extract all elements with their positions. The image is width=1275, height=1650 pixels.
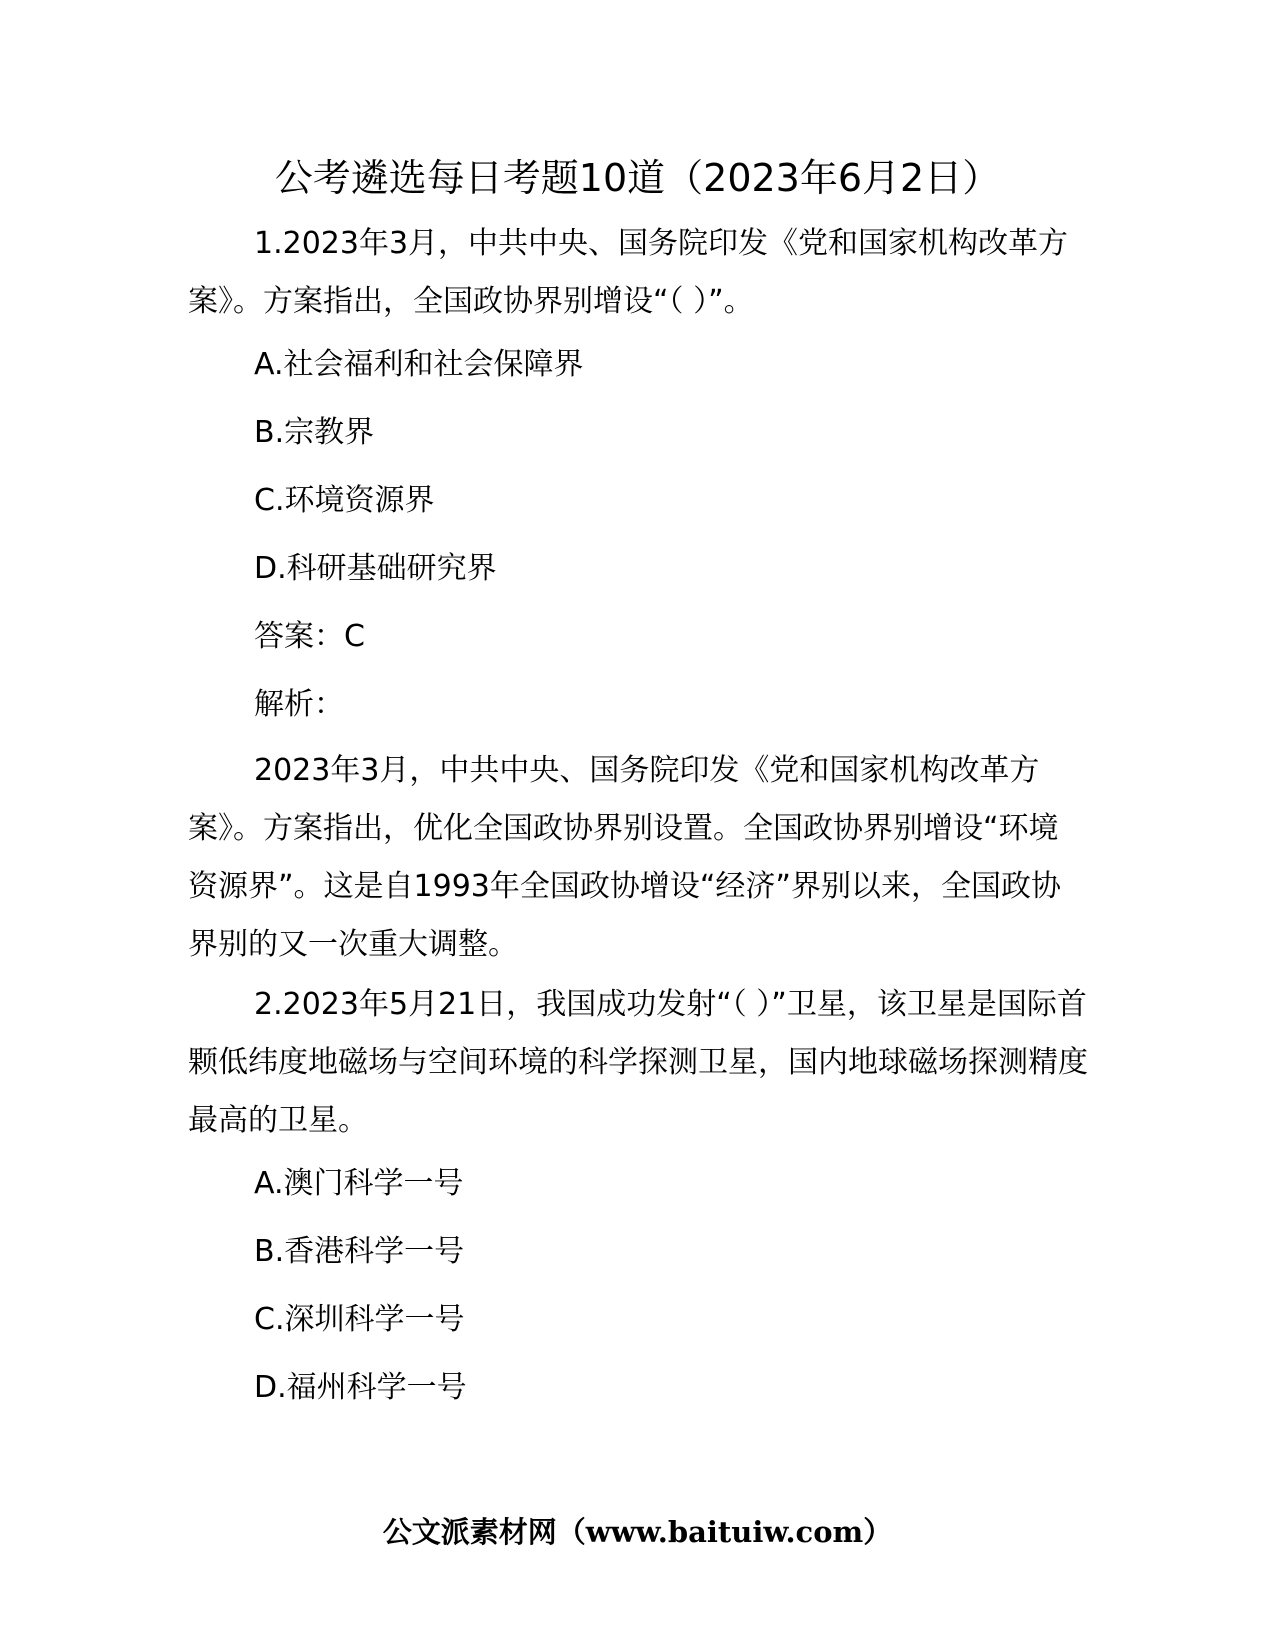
question-1-option-b: B.宗教界 — [254, 411, 374, 455]
page-footer-watermark: 公文派素材网（www.baituiw.com） — [0, 1510, 1275, 1554]
question-1-option-a: A.社会福利和社会保障界 — [254, 343, 584, 387]
question-1-option-d: D.科研基础研究界 — [254, 547, 497, 591]
question-1-option-c: C.环境资源界 — [254, 479, 434, 523]
document-page: 公考遴选每日考题10道（2023年6月2日） 1.2023年3月，中共中央、国务… — [0, 0, 1275, 1650]
question-2-option-b: B.香港科学一号 — [254, 1230, 464, 1274]
question-2-option-c: C.深圳科学一号 — [254, 1298, 464, 1342]
document-title: 公考遴选每日考题10道（2023年6月2日） — [0, 150, 1275, 206]
question-1-stem: 1.2023年3月，中共中央、国务院印发《党和国家机构改革方案》。方案指出，全国… — [188, 215, 1088, 331]
question-1-analysis-text: 2023年3月，中共中央、国务院印发《党和国家机构改革方案》。方案指出，优化全国… — [188, 742, 1088, 974]
question-1-answer: 答案：C — [254, 615, 365, 659]
question-2-stem: 2.2023年5月21日，我国成功发射“（ ）”卫星，该卫星是国际首颗低纬度地磁… — [188, 976, 1088, 1150]
question-2-option-d: D.福州科学一号 — [254, 1366, 467, 1410]
question-2-option-a: A.澳门科学一号 — [254, 1162, 464, 1206]
question-1-analysis-label: 解析： — [254, 683, 344, 727]
